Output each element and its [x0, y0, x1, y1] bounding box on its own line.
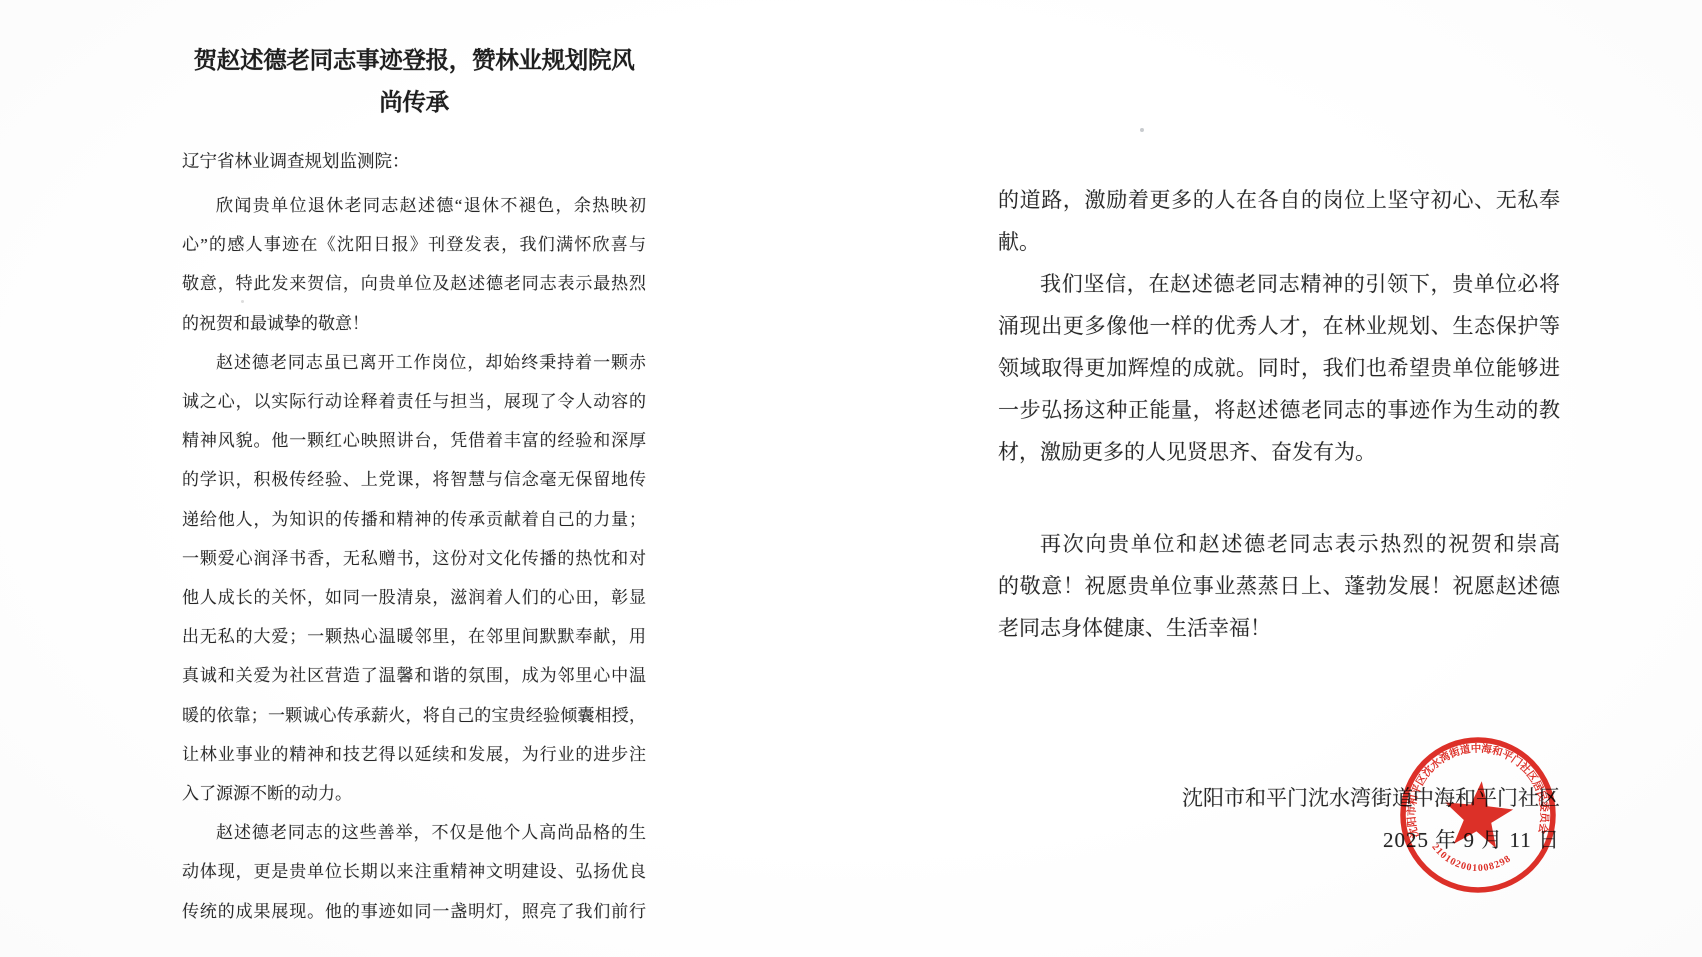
- body-line: 动体现，更是贵单位长期以来注重精神文明建设、弘扬优良: [182, 852, 646, 891]
- body-line: 的敬意！祝愿贵单位事业蒸蒸日上、蓬勃发展！祝愿赵述德: [998, 565, 1560, 607]
- svg-text:210102001008298: 210102001008298: [1429, 842, 1513, 874]
- body-line: 老同志身体健康、生活幸福！: [998, 607, 1560, 649]
- body-line: 递给他人，为知识的传播和精神的传承贡献着自己的力量；: [182, 500, 646, 539]
- body-line: 让林业事业的精神和技艺得以延续和发展，为行业的进步注: [182, 735, 646, 774]
- body-line: 一颗爱心润泽书香，无私赠书，这份对文化传播的热忱和对: [182, 539, 646, 578]
- scan-speck: [1140, 128, 1144, 132]
- letter-scan: 贺赵述德老同志事迹登报，赞林业规划院风 尚传承 辽宁省林业调查规划监测院： 欣闻…: [0, 0, 1702, 957]
- salutation: 辽宁省林业调查规划监测院：: [182, 142, 646, 181]
- scan-speck: [241, 300, 244, 303]
- letter-body-left: 欣闻贵单位退休老同志赵述德“退休不褪色，余热映初心”的感人事迹在《沈阳日报》刊登…: [182, 186, 646, 931]
- body-line: 诚之心，以实际行动诠释着责任与担当，展现了令人动容的: [182, 382, 646, 421]
- letter-title-line-2: 尚传承: [182, 82, 646, 124]
- body-line: 敬意，特此发来贺信，向贵单位及赵述德老同志表示最热烈: [182, 264, 646, 303]
- letter-body-right: 的道路，激励着更多的人在各自的岗位上坚守初心、无私奉献。我们坚信，在赵述德老同志…: [998, 179, 1560, 649]
- body-line: 心”的感人事迹在《沈阳日报》刊登发表，我们满怀欣喜与: [182, 225, 646, 264]
- body-line: 领域取得更加辉煌的成就。同时，我们也希望贵单位能够进: [998, 347, 1560, 389]
- paragraph-gap: [998, 473, 1560, 523]
- body-line: 传统的成果展现。他的事迹如同一盏明灯，照亮了我们前行: [182, 892, 646, 931]
- letter-title: 贺赵述德老同志事迹登报，赞林业规划院风 尚传承: [182, 40, 646, 124]
- body-line: 的道路，激励着更多的人在各自的岗位上坚守初心、无私奉: [998, 179, 1560, 221]
- body-line: 精神风貌。他一颗红心映照讲台，凭借着丰富的经验和深厚: [182, 421, 646, 460]
- body-line: 我们坚信，在赵述德老同志精神的引领下，贵单位必将: [998, 263, 1560, 305]
- body-line: 的祝贺和最诚挚的敬意！: [182, 304, 646, 343]
- seal-code: 210102001008298: [1429, 842, 1513, 874]
- body-line: 的学识，积极传经验、上党课，将智慧与信念毫无保留地传: [182, 460, 646, 499]
- body-line: 暖的依靠；一颗诚心传承薪火，将自己的宝贵经验倾囊相授，: [182, 696, 646, 735]
- body-line: 赵述德老同志的这些善举，不仅是他个人高尚品格的生: [182, 813, 646, 852]
- body-line: 入了源源不断的动力。: [182, 774, 646, 813]
- seal-star-icon: [1441, 778, 1516, 850]
- body-line: 材，激励更多的人见贤思齐、奋发有为。: [998, 431, 1560, 473]
- letter-page-left: 贺赵述德老同志事迹登报，赞林业规划院风 尚传承 辽宁省林业调查规划监测院： 欣闻…: [182, 40, 646, 931]
- body-line: 出无私的大爱；一颗热心温暖邻里，在邻里间默默奉献，用: [182, 617, 646, 656]
- body-line: 真诚和关爱为社区营造了温馨和谐的氛围，成为邻里心中温: [182, 656, 646, 695]
- body-line: 赵述德老同志虽已离开工作岗位，却始终秉持着一颗赤: [182, 343, 646, 382]
- body-line: 涌现出更多像他一样的优秀人才，在林业规划、生态保护等: [998, 305, 1560, 347]
- official-seal: 沈阳市和平区沈水湾街道中海和平门社区居民委员会 210102001008298: [1396, 733, 1560, 897]
- body-line: 他人成长的关怀，如同一股清泉，滋润着人们的心田，彰显: [182, 578, 646, 617]
- body-line: 献。: [998, 221, 1560, 263]
- letter-scan-page: { "document": { "title_lines": [ "贺赵述德老同…: [0, 0, 1702, 957]
- body-line: 一步弘扬这种正能量，将赵述德老同志的事迹作为生动的教: [998, 389, 1560, 431]
- letter-title-line-1: 贺赵述德老同志事迹登报，赞林业规划院风: [182, 40, 646, 82]
- body-line: 再次向贵单位和赵述德老同志表示热烈的祝贺和崇高: [998, 523, 1560, 565]
- body-line: 欣闻贵单位退休老同志赵述德“退休不褪色，余热映初: [182, 186, 646, 225]
